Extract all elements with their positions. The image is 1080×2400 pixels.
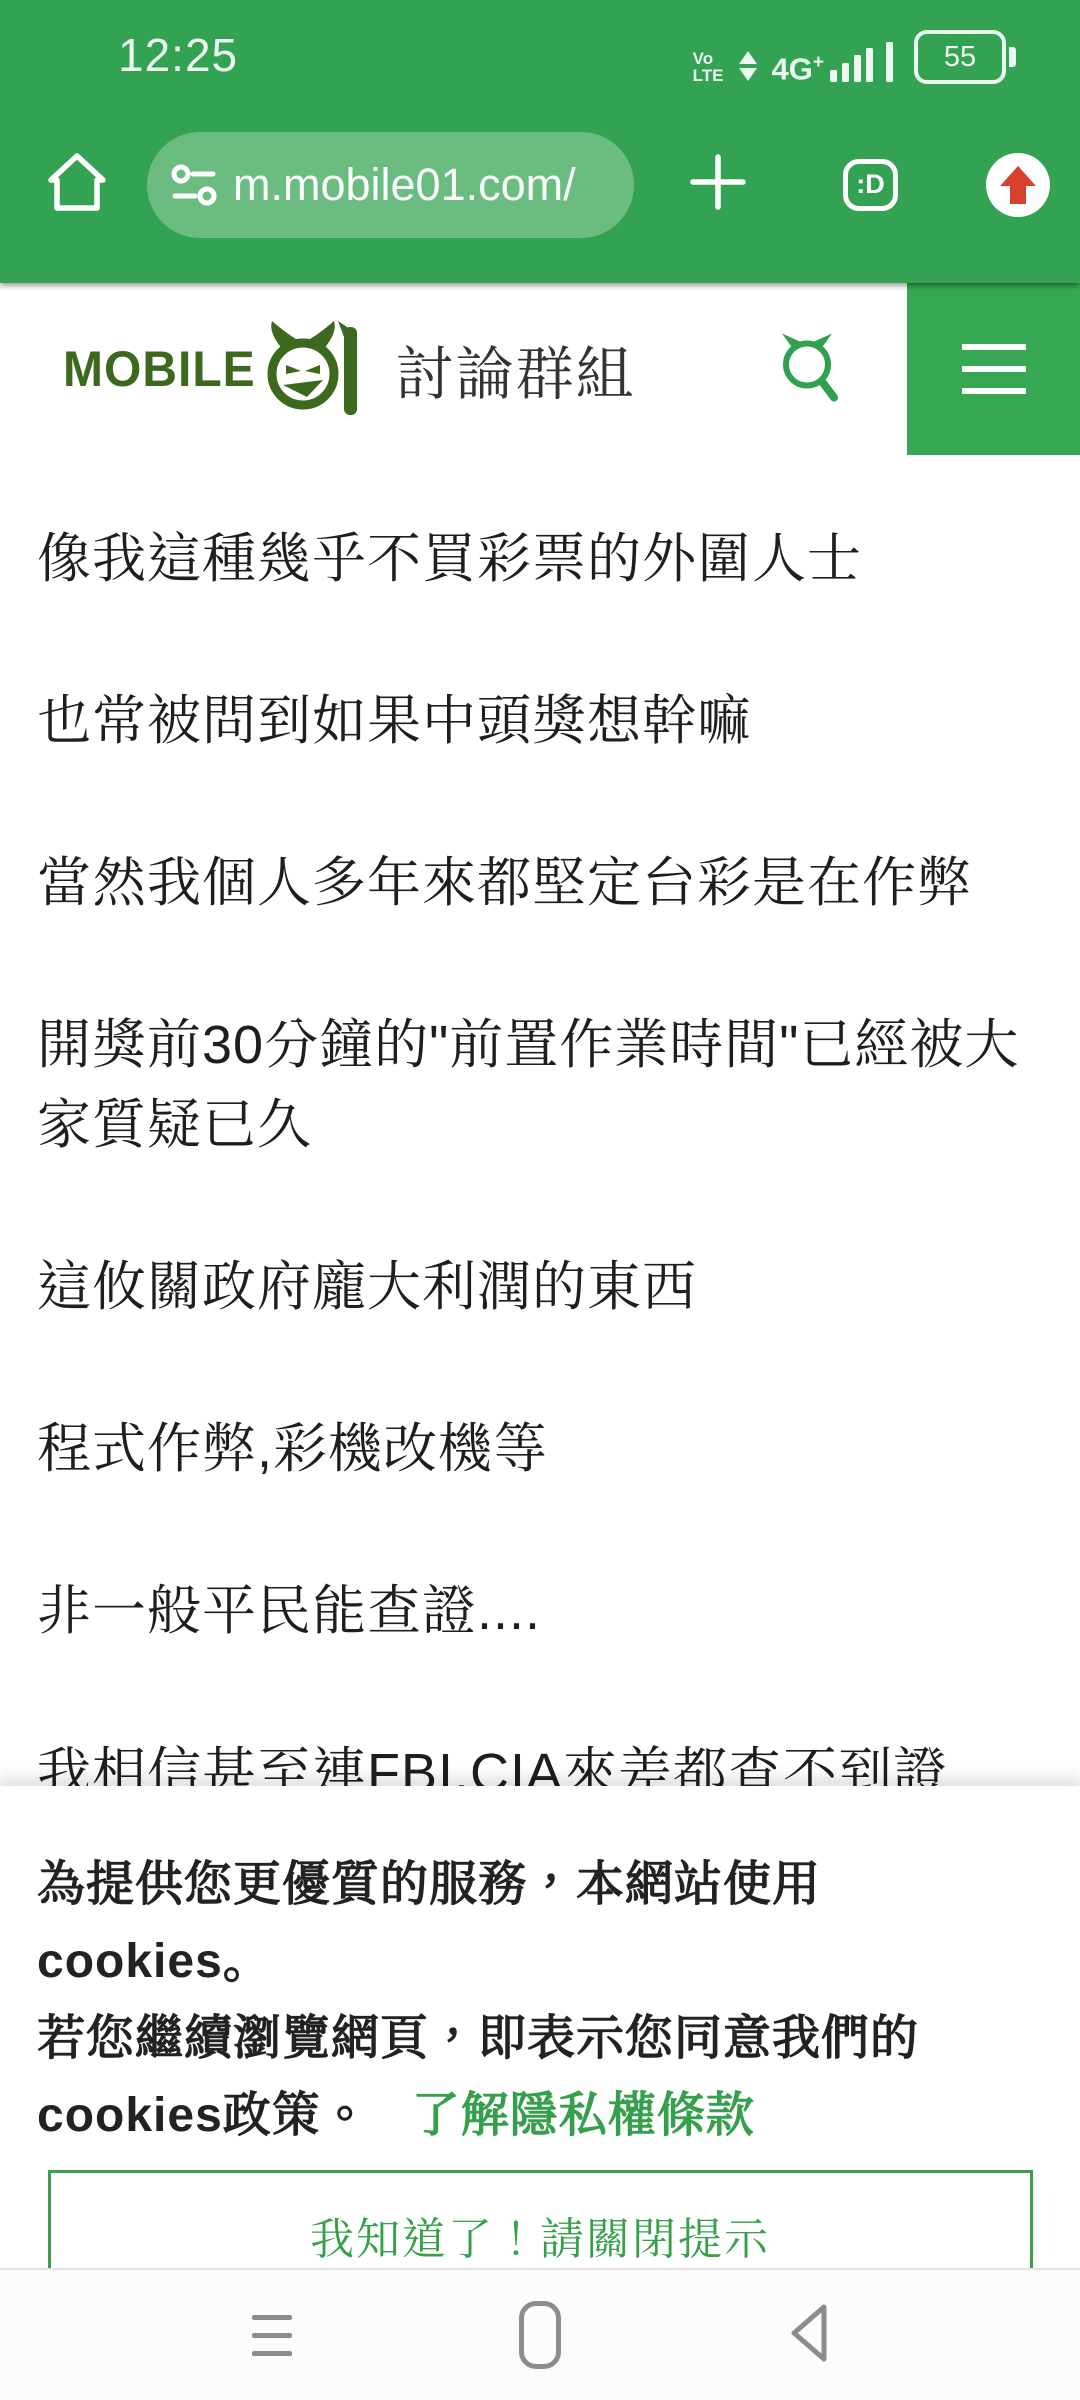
search-button[interactable] (776, 332, 842, 407)
share-upload-button[interactable] (986, 153, 1050, 217)
clock: 12:25 (118, 18, 238, 82)
cookie-message-line: 為提供您更優質的服務，本網站使用cookies。 (37, 1846, 1043, 2000)
new-tab-button[interactable] (689, 153, 747, 216)
home-icon (45, 150, 109, 214)
recents-menu-button[interactable] (252, 2315, 292, 2356)
nav-home-button[interactable] (519, 2301, 561, 2369)
hamburger-icon (962, 344, 1026, 350)
tab-switcher-button[interactable]: :D (843, 159, 898, 211)
volte-icon: Vo LTE (693, 50, 724, 84)
post-paragraph: 這攸關政府龐大利潤的東西 (37, 1247, 1043, 1327)
status-bar: 12:25 Vo LTE 4G+ 55 (0, 0, 1080, 100)
menu-lines-icon (252, 2315, 292, 2320)
privacy-policy-link[interactable]: 了解隱私權條款 (412, 2089, 755, 2142)
browser-home-button[interactable] (45, 150, 109, 219)
plus-icon (689, 153, 747, 211)
site-settings-icon (171, 162, 217, 208)
post-paragraph: 當然我個人多年來都堅定台彩是在作弊 (37, 843, 1043, 923)
post-paragraph: 非一般平民能查證.... (37, 1571, 1043, 1651)
url-field[interactable]: m.mobile01.com/ (147, 132, 634, 238)
search-icon (776, 332, 842, 402)
data-arrows-icon (739, 51, 757, 84)
post-content: 像我這種幾乎不買彩票的外圍人士 也常被問到如果中頭獎想幹嘛 當然我個人多年來都堅… (0, 455, 1080, 1895)
network-indicator: 4G+ (772, 42, 893, 84)
battery-icon: 55 (914, 30, 1016, 84)
status-icons: Vo LTE 4G+ 55 (693, 16, 1016, 84)
up-arrow-icon (1000, 166, 1036, 204)
page-title: 討論群組 (396, 327, 636, 411)
tab-switcher-label: :D (856, 169, 885, 200)
post-paragraph: 開獎前30分鐘的"前置作業時間"已經被大家質疑已久 (37, 1005, 1043, 1165)
post-paragraph: 像我這種幾乎不買彩票的外圍人士 (37, 519, 1043, 599)
mobile01-logo[interactable]: MOBILE (63, 319, 362, 419)
cookie-banner: 為提供您更優質的服務，本網站使用cookies。 若您繼續瀏覽網頁，即表示您同意… (0, 1786, 1080, 2268)
nav-back-button[interactable] (788, 2303, 828, 2368)
post-paragraph: 也常被問到如果中頭獎想幹嘛 (37, 681, 1043, 761)
cookie-message-line: cookies政策。了解隱私權條款 (37, 2077, 1043, 2154)
signal-bars-icon (830, 42, 893, 84)
system-navbar (0, 2268, 1080, 2400)
devil-face-icon (260, 319, 362, 419)
back-triangle-icon (788, 2303, 828, 2363)
battery-level: 55 (944, 41, 976, 74)
address-bar: m.mobile01.com/ :D (0, 100, 1080, 283)
url-text: m.mobile01.com/ (233, 159, 576, 211)
site-header: MOBILE 討論群組 (0, 283, 1080, 455)
post-paragraph: 程式作弊,彩機改機等 (37, 1409, 1043, 1489)
phone-screen: 12:25 Vo LTE 4G+ 55 (0, 0, 1080, 2400)
browser-chrome: 12:25 Vo LTE 4G+ 55 (0, 0, 1080, 283)
logo-word: MOBILE (63, 340, 256, 398)
cookie-message-line: 若您繼續瀏覽網頁，即表示您同意我們的 (37, 2000, 1043, 2077)
network-type-label: 4G+ (772, 48, 824, 84)
site-menu-button[interactable] (907, 283, 1080, 455)
